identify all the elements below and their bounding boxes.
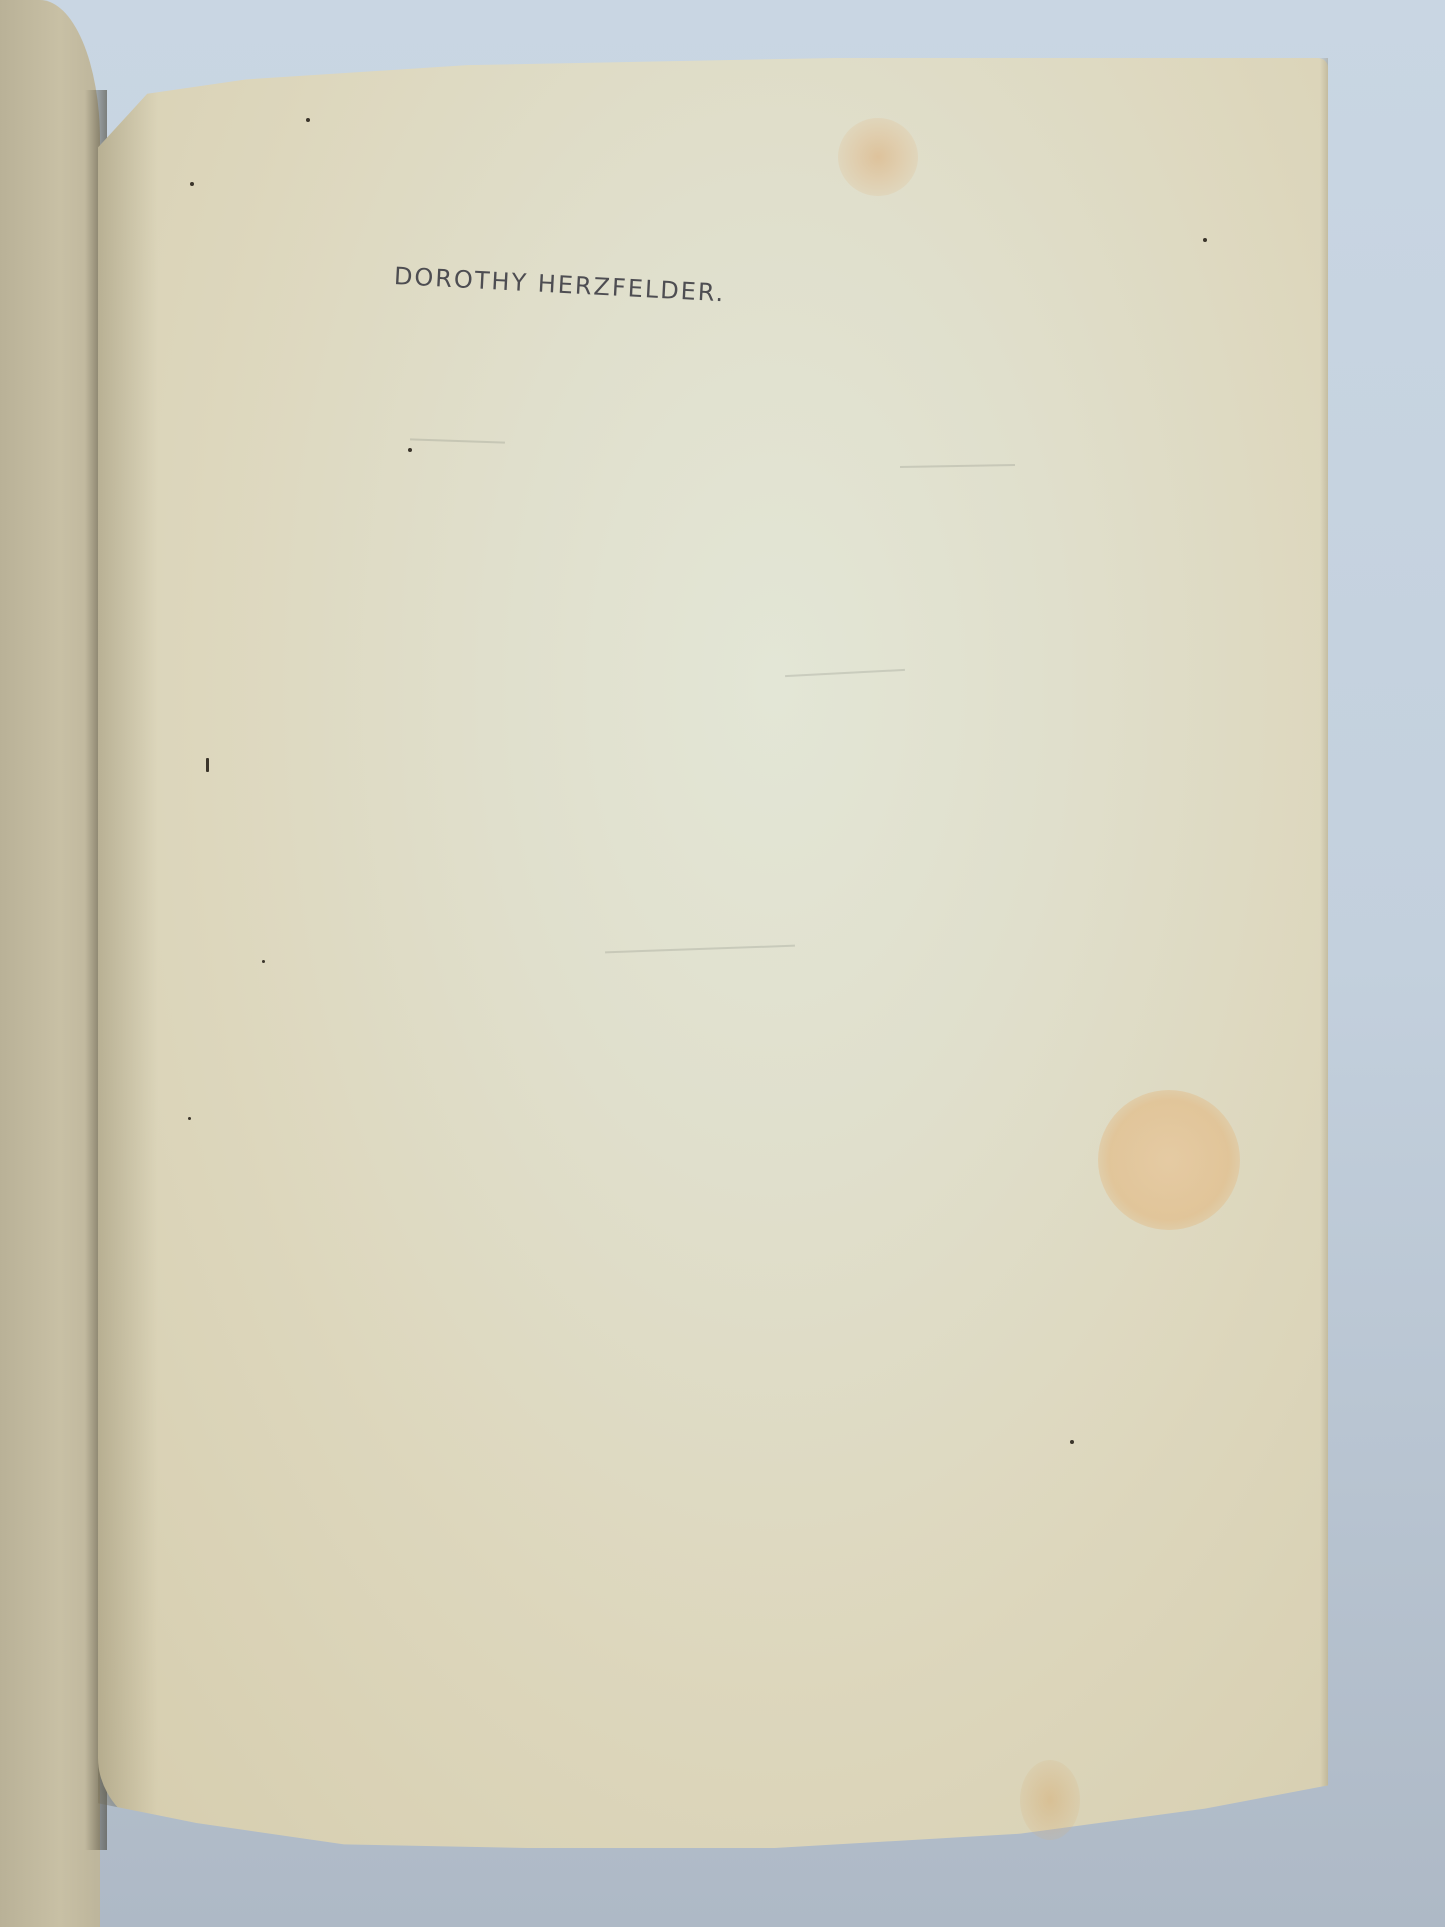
page-fore-edge xyxy=(1320,58,1328,1848)
paper-speck xyxy=(1070,1440,1074,1444)
gutter-shade xyxy=(98,58,158,1848)
paper-speck xyxy=(206,758,209,772)
photo-scene: DOROTHY HERZFELDER. xyxy=(0,0,1445,1927)
paper-speck xyxy=(1203,238,1207,242)
flyleaf-page xyxy=(98,58,1328,1848)
paper-speck xyxy=(262,960,265,963)
paper-speck xyxy=(306,118,310,122)
paper-speck xyxy=(190,182,194,186)
foxing-stain-top xyxy=(838,118,918,196)
paper-speck xyxy=(188,1117,191,1120)
foxing-stain-lower-right xyxy=(1098,1090,1240,1230)
paper-speck xyxy=(408,448,412,452)
foxing-stain-bottom-edge xyxy=(1020,1760,1080,1840)
